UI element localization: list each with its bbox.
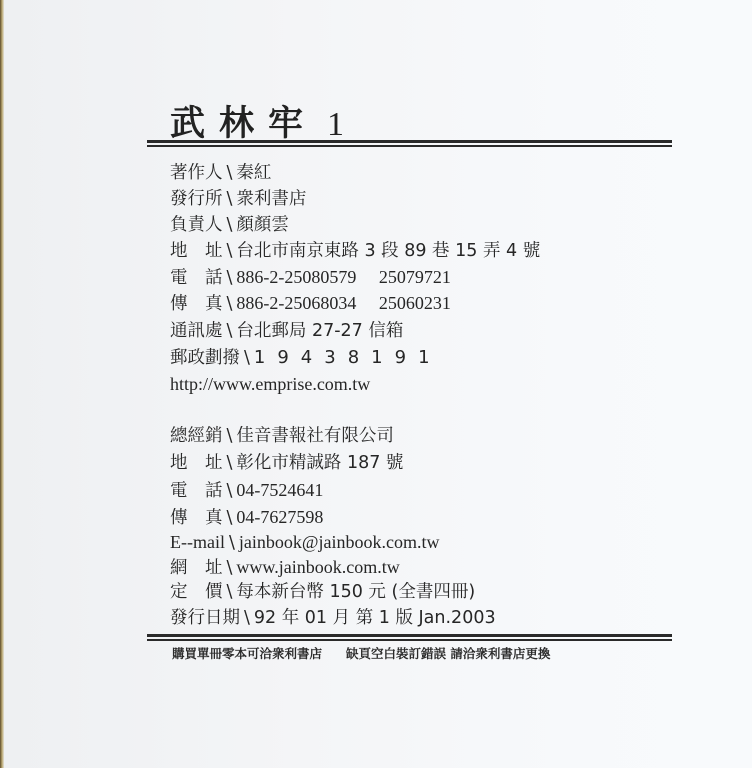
info-label: 發行日期 — [170, 606, 240, 630]
distributor-phone-value: 04-7524641 — [236, 480, 323, 500]
info-label: 傳 真 — [170, 506, 223, 530]
distributor-website-line: 網 址\www.jainbook.com.tw — [170, 555, 400, 580]
volume-number: 1 — [327, 106, 344, 143]
address-value: 台北市南京東路 3 段 89 巷 15 弄 4 號 — [236, 241, 540, 261]
separator: \ — [227, 558, 233, 578]
footer-notice: 購買單冊零本可洽衆利書店缺頁空白裝訂錯誤 請洽衆利書店更換 — [172, 644, 550, 662]
separator: \ — [227, 508, 233, 528]
info-label: 負責人 — [170, 213, 223, 237]
info-label: 地 址 — [170, 239, 223, 263]
info-label: 總經銷 — [170, 424, 223, 448]
author-value: 秦紅 — [236, 163, 271, 183]
phone-value: 886-2-25080579 25079721 — [236, 267, 451, 287]
info-label: 傳 真 — [170, 292, 223, 316]
book-title-text: 武林牢 — [170, 103, 317, 144]
book-title: 武林牢1 — [170, 96, 344, 146]
page-edge — [0, 0, 4, 768]
separator: \ — [244, 608, 250, 628]
fax-value: 886-2-25068034 25060231 — [236, 293, 451, 313]
distributor-fax-value: 04-7627598 — [236, 507, 323, 527]
distributor-phone-line: 電 話\04-7524641 — [170, 478, 323, 503]
responsible-person-line: 負責人\顏顏雲 — [170, 213, 289, 237]
info-label: 定 價 — [170, 580, 223, 604]
author-line: 著作人\秦紅 — [170, 161, 271, 185]
website-link[interactable]: http://www.emprise.com.tw — [170, 374, 370, 394]
info-label: 郵政劃撥 — [170, 346, 240, 370]
price-value: 每本新台幣 150 元 (全書四冊) — [236, 582, 475, 602]
separator: \ — [227, 268, 233, 288]
separator: \ — [227, 582, 233, 602]
email-link[interactable]: jainbook@jainbook.com.tw — [239, 532, 440, 552]
info-label: 通訊處 — [170, 319, 223, 343]
postal-transfer-line: 郵政劃撥\19438191 — [170, 346, 442, 370]
info-label: 電 話 — [170, 266, 223, 290]
publish-date-value: 92 年 01 月 第 1 版 Jan.2003 — [254, 608, 496, 628]
publisher-value: 衆利書店 — [236, 189, 306, 209]
separator: \ — [227, 321, 233, 341]
mailing-address-line: 通訊處\台北郵局 27-27 信箱 — [170, 319, 403, 343]
separator: \ — [227, 481, 233, 501]
footer-purchase-note: 購買單冊零本可洽衆利書店 — [172, 646, 322, 661]
price-line: 定 價\每本新台幣 150 元 (全書四冊) — [170, 580, 475, 604]
info-label: 電 話 — [170, 479, 223, 503]
distributor-address-value: 彰化市精誠路 187 號 — [236, 453, 403, 473]
separator: \ — [227, 453, 233, 473]
distributor-fax-line: 傳 真\04-7627598 — [170, 505, 323, 530]
address-line: 地 址\台北市南京東路 3 段 89 巷 15 弄 4 號 — [170, 239, 540, 263]
postal-transfer-value: 19438191 — [254, 347, 442, 368]
separator: \ — [229, 533, 235, 553]
footer-double-rule — [147, 634, 672, 641]
separator: \ — [244, 348, 250, 368]
separator: \ — [227, 426, 233, 446]
publish-date-line: 發行日期\92 年 01 月 第 1 版 Jan.2003 — [170, 606, 496, 630]
distributor-line: 總經銷\佳音書報社有限公司 — [170, 424, 394, 448]
separator: \ — [227, 241, 233, 261]
publisher-line: 發行所\衆利書店 — [170, 187, 306, 211]
distributor-website-link[interactable]: www.jainbook.com.tw — [236, 557, 399, 577]
copyright-page: 武林牢1 著作人\秦紅 發行所\衆利書店 負責人\顏顏雲 地 址\台北市南京東路… — [0, 0, 752, 768]
info-label: E--mail — [170, 530, 225, 554]
mailing-address-value: 台北郵局 27-27 信箱 — [236, 321, 403, 341]
distributor-value: 佳音書報社有限公司 — [236, 426, 394, 446]
separator: \ — [227, 215, 233, 235]
phone-line: 電 話\886-2-25080579 25079721 — [170, 265, 451, 290]
separator: \ — [227, 294, 233, 314]
info-label: 發行所 — [170, 187, 223, 211]
footer-replacement-note: 缺頁空白裝訂錯誤 請洽衆利書店更換 — [346, 646, 550, 661]
responsible-person-value: 顏顏雲 — [236, 215, 289, 235]
separator: \ — [227, 189, 233, 209]
info-label: 地 址 — [170, 451, 223, 475]
fax-line: 傳 真\886-2-25068034 25060231 — [170, 291, 451, 316]
info-label: 著作人 — [170, 161, 223, 185]
title-double-rule — [147, 140, 672, 147]
website-line: http://www.emprise.com.tw — [170, 372, 370, 397]
info-label: 網 址 — [170, 556, 223, 580]
separator: \ — [227, 163, 233, 183]
email-line: E--mail\jainbook@jainbook.com.tw — [170, 530, 439, 555]
distributor-address-line: 地 址\彰化市精誠路 187 號 — [170, 451, 403, 475]
